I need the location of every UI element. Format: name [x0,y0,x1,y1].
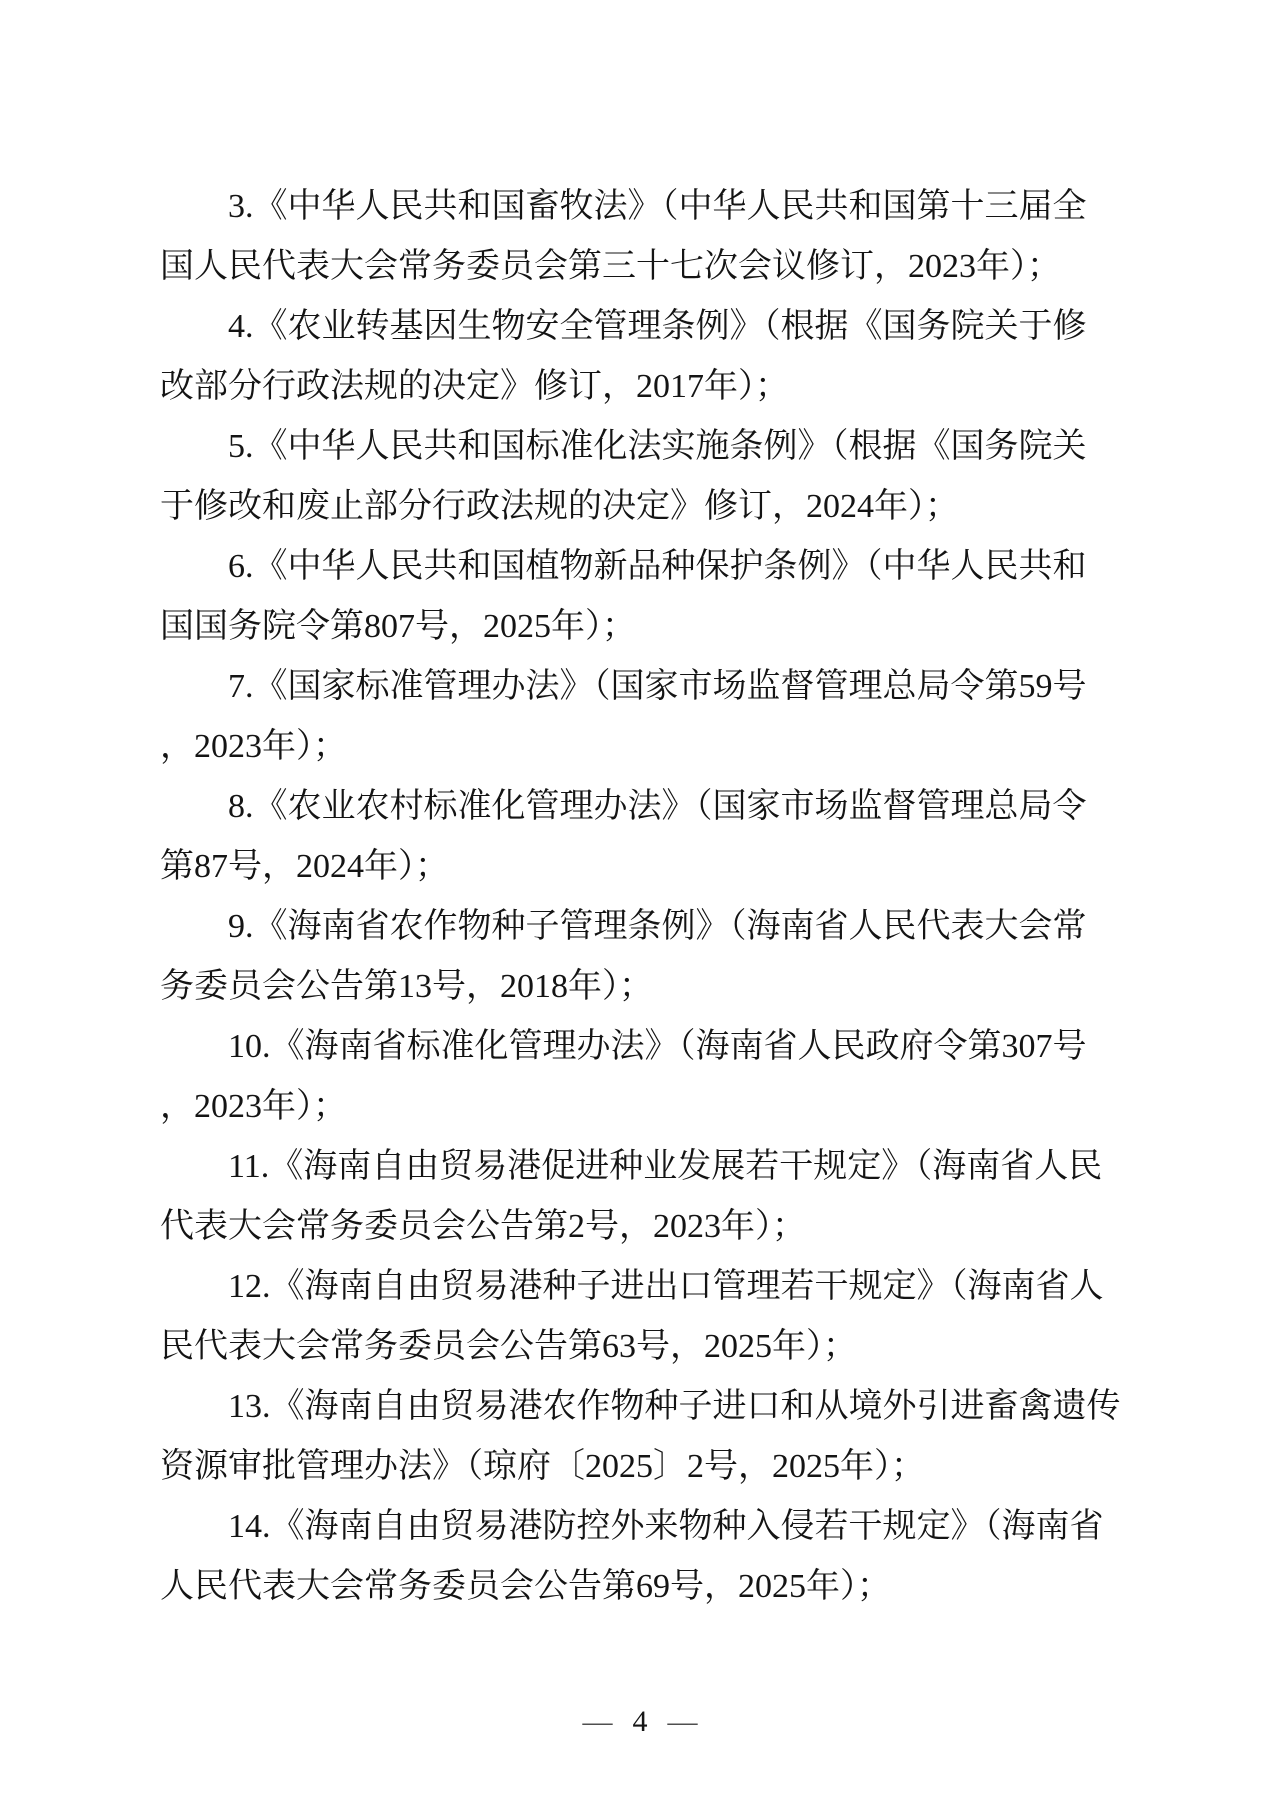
document-line: 务委员会公告第13号，2018年）； [160,957,1125,1017]
document-line: 13.《海南自由贸易港农作物种子进口和从境外引进畜禽遗传 [160,1377,1125,1437]
document-line: 10.《海南省标准化管理办法》（海南省人民政府令第307号 [160,1017,1125,1077]
document-line: 7.《国家标准管理办法》（国家市场监督管理总局令第59号 [160,657,1125,717]
document-line: 8.《农业农村标准化管理办法》（国家市场监督管理总局令 [160,777,1125,837]
document-line: ，2023年）； [160,717,1125,777]
footer-left-dash: — [583,1705,613,1738]
list-item: 3.《中华人民共和国畜牧法》（中华人民共和国第十三届全 国人民代表大会常务委员会… [160,177,1125,297]
document-line: 5.《中华人民共和国标准化法实施条例》（根据《国务院关 [160,417,1125,477]
list-item: 13.《海南自由贸易港农作物种子进口和从境外引进畜禽遗传 资源审批管理办法》（琼… [160,1377,1125,1497]
list-item: 8.《农业农村标准化管理办法》（国家市场监督管理总局令 第87号，2024年）； [160,777,1125,897]
page-number: 4 [633,1705,648,1738]
document-line: 国国务院令第807号，2025年）； [160,597,1125,657]
document-body: 3.《中华人民共和国畜牧法》（中华人民共和国第十三届全 国人民代表大会常务委员会… [160,177,1125,1617]
list-item: 5.《中华人民共和国标准化法实施条例》（根据《国务院关 于修改和废止部分行政法规… [160,417,1125,537]
document-line: 11.《海南自由贸易港促进种业发展若干规定》（海南省人民 [160,1137,1125,1197]
document-line: 资源审批管理办法》（琼府〔2025〕2号，2025年）； [160,1437,1125,1497]
document-line: 6.《中华人民共和国植物新品种保护条例》（中华人民共和 [160,537,1125,597]
list-item: 10.《海南省标准化管理办法》（海南省人民政府令第307号 ，2023年）； [160,1017,1125,1137]
document-line: 9.《海南省农作物种子管理条例》（海南省人民代表大会常 [160,897,1125,957]
document-line: 12.《海南自由贸易港种子进出口管理若干规定》（海南省人 [160,1257,1125,1317]
document-line: 第87号，2024年）； [160,837,1125,897]
document-line: 民代表大会常务委员会公告第63号，2025年）； [160,1317,1125,1377]
page-footer: —4— [0,1696,1280,1748]
document-line: 代表大会常务委员会公告第2号，2023年）； [160,1197,1125,1257]
list-item: 4.《农业转基因生物安全管理条例》（根据《国务院关于修 改部分行政法规的决定》修… [160,297,1125,417]
list-item: 7.《国家标准管理办法》（国家市场监督管理总局令第59号 ，2023年）； [160,657,1125,777]
document-page: 3.《中华人民共和国畜牧法》（中华人民共和国第十三届全 国人民代表大会常务委员会… [0,0,1280,1809]
document-line: 人民代表大会常务委员会公告第69号，2025年）； [160,1557,1125,1617]
list-item: 6.《中华人民共和国植物新品种保护条例》（中华人民共和 国国务院令第807号，2… [160,537,1125,657]
document-line: 国人民代表大会常务委员会第三十七次会议修订，2023年）； [160,237,1125,297]
list-item: 14.《海南自由贸易港防控外来物种入侵若干规定》（海南省 人民代表大会常务委员会… [160,1497,1125,1617]
footer-right-dash: — [668,1705,698,1738]
document-line: 于修改和废止部分行政法规的决定》修订，2024年）； [160,477,1125,537]
list-item: 11.《海南自由贸易港促进种业发展若干规定》（海南省人民 代表大会常务委员会公告… [160,1137,1125,1257]
list-item: 9.《海南省农作物种子管理条例》（海南省人民代表大会常 务委员会公告第13号，2… [160,897,1125,1017]
document-line: 14.《海南自由贸易港防控外来物种入侵若干规定》（海南省 [160,1497,1125,1557]
list-item: 12.《海南自由贸易港种子进出口管理若干规定》（海南省人 民代表大会常务委员会公… [160,1257,1125,1377]
document-line: 3.《中华人民共和国畜牧法》（中华人民共和国第十三届全 [160,177,1125,237]
document-line: ，2023年）； [160,1077,1125,1137]
document-line: 改部分行政法规的决定》修订，2017年）； [160,357,1125,417]
document-line: 4.《农业转基因生物安全管理条例》（根据《国务院关于修 [160,297,1125,357]
